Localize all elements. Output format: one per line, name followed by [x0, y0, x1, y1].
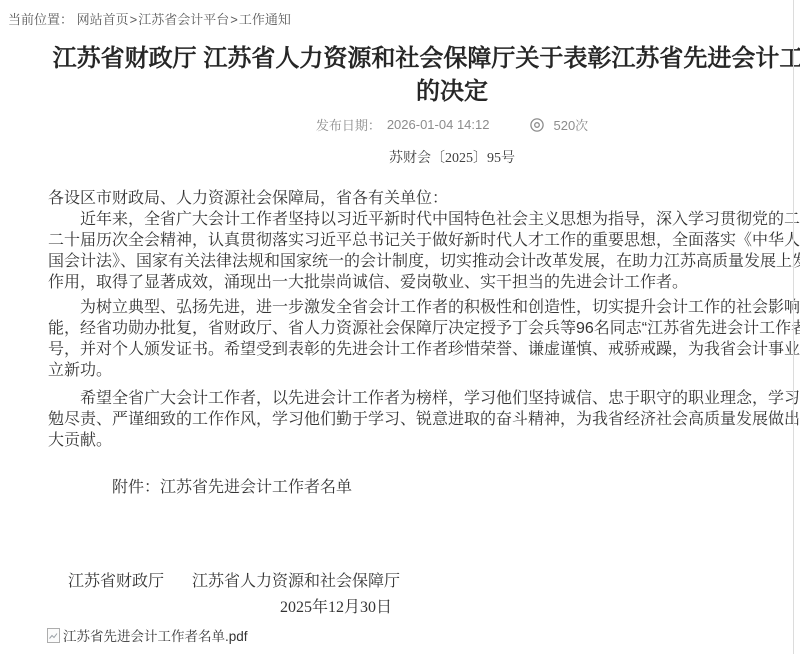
paragraph: 近年来，全省广大会计工作者坚持以习近平新时代中国特色社会主义思想为指导，深入学习…	[48, 209, 800, 293]
attachment-file-name: 江苏省先进会计工作者名单.pdf	[63, 625, 248, 645]
eye-icon	[529, 117, 545, 133]
paragraph: 希望全省广大会计工作者，以先进会计工作者为榜样，学习他们坚持诚信、忠于职守的职业…	[48, 388, 800, 451]
page-title: 江苏省财政厅 江苏省人力资源和社会保障厅关于表彰江苏省先进会计工作者的决定	[48, 42, 800, 108]
paragraph: 为树立典型、弘扬先进，进一步激发全省会计工作者的积极性和创造性，切实提升会计工作…	[48, 297, 800, 381]
document-body: 江苏省财政厅 江苏省人力资源和社会保障厅关于表彰江苏省先进会计工作者的决定 发布…	[0, 42, 800, 645]
attachment-file-link[interactable]: 江苏省先进会计工作者名单.pdf	[47, 625, 800, 645]
content-right-border	[793, 0, 794, 654]
document-number: 苏财会〔2025〕95号	[48, 147, 800, 167]
view-count: 520次	[553, 115, 588, 134]
breadcrumb-separator: >	[130, 12, 138, 27]
article-meta: 发布日期：2026-01-04 14:12 520次	[48, 115, 800, 134]
breadcrumb-separator: >	[230, 12, 238, 27]
breadcrumb: 当前位置： 网站首页>江苏省会计平台>工作通知	[0, 0, 800, 28]
signature-org-hr: 江苏省人力资源和社会保障厅	[192, 573, 400, 590]
publish-date-label: 发布日期：	[316, 115, 381, 134]
pdf-file-icon	[47, 628, 60, 643]
breadcrumb-label: 当前位置：	[8, 12, 73, 27]
breadcrumb-item-work-notice[interactable]: 工作通知	[239, 12, 291, 27]
signature-date: 2025年12月30日	[48, 594, 800, 617]
attachment-note: 附件：江苏省先进会计工作者名单	[48, 477, 800, 498]
page: 当前位置： 网站首页>江苏省会计平台>工作通知 江苏省财政厅 江苏省人力资源和社…	[0, 0, 800, 654]
publish-datetime: 2026-01-04 14:12	[387, 117, 490, 132]
signature-org-finance: 江苏省财政厅	[68, 573, 164, 590]
breadcrumb-item-accounting-platform[interactable]: 江苏省会计平台	[138, 12, 229, 27]
salutation: 各设区市财政局、人力资源社会保障局，省各有关单位：	[48, 188, 800, 209]
breadcrumb-item-home[interactable]: 网站首页	[77, 12, 129, 27]
signature-block: 江苏省财政厅江苏省人力资源和社会保障厅	[48, 568, 800, 591]
